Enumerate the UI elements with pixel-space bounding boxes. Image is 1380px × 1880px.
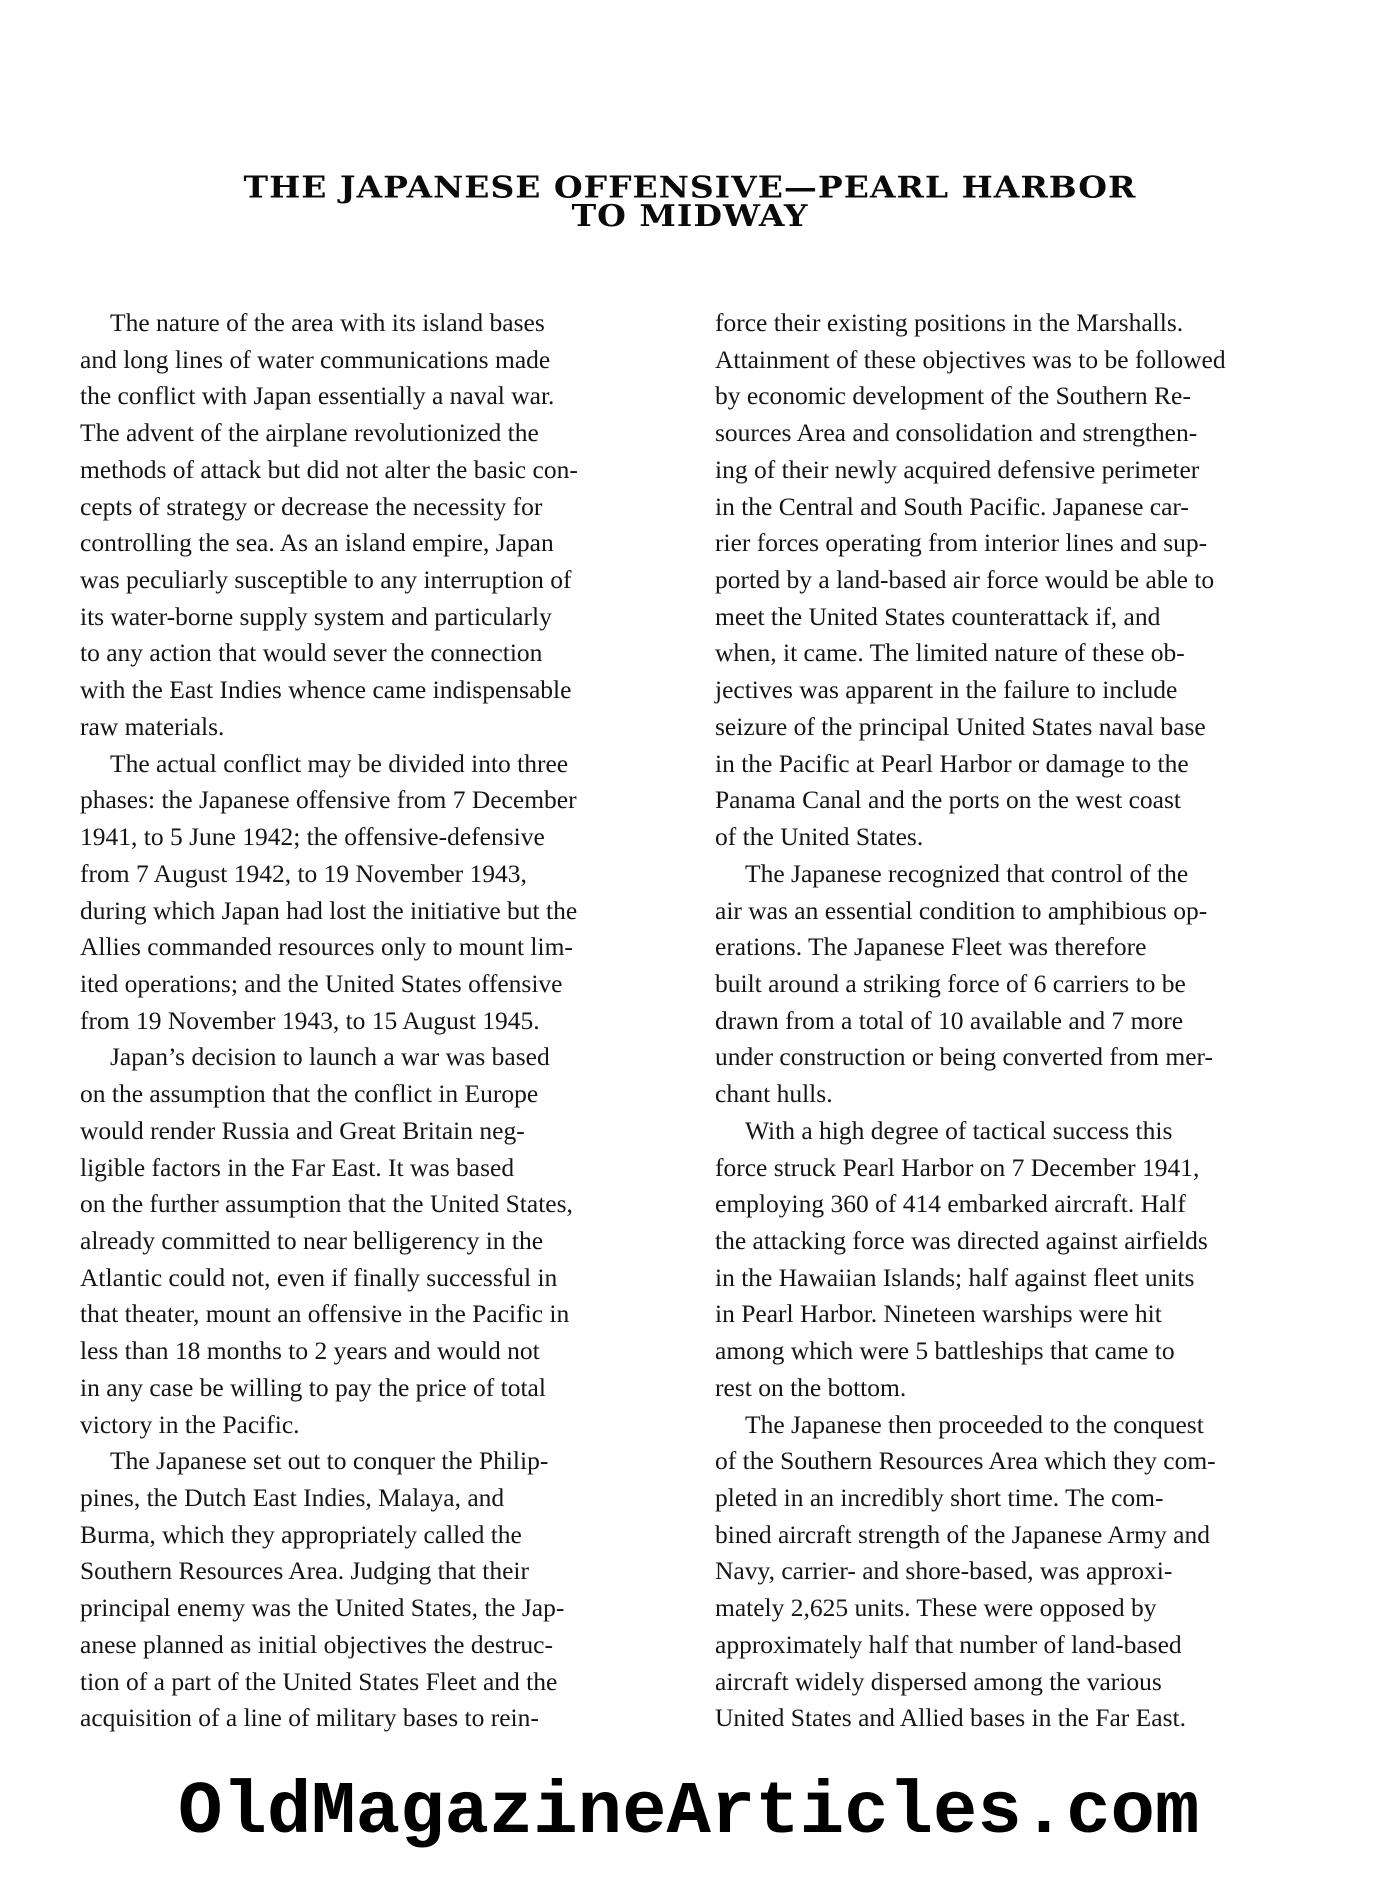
- text-line: erations. The Japanese Fleet was therefo…: [715, 929, 1307, 966]
- text-line: would render Russia and Great Britain ne…: [80, 1113, 672, 1150]
- text-line: Attainment of these objectives was to be…: [715, 342, 1307, 379]
- text-line: chant hulls.: [715, 1076, 1307, 1113]
- text-line: when, it came. The limited nature of the…: [715, 635, 1307, 672]
- text-line: pleted in an incredibly short time. The …: [715, 1480, 1307, 1517]
- text-line: drawn from a total of 10 available and 7…: [715, 1003, 1307, 1040]
- text-line: jectives was apparent in the failure to …: [715, 672, 1307, 709]
- text-line: aircraft widely dispersed among the vari…: [715, 1664, 1307, 1701]
- text-line: phases: the Japanese offensive from 7 De…: [80, 782, 672, 819]
- text-line: ing of their newly acquired defensive pe…: [715, 452, 1307, 489]
- text-line: The actual conflict may be divided into …: [80, 746, 672, 783]
- text-line: The Japanese set out to conquer the Phil…: [80, 1443, 672, 1480]
- text-line: that theater, mount an offensive in the …: [80, 1296, 672, 1333]
- text-line: rier forces operating from interior line…: [715, 525, 1307, 562]
- text-line: 1941, to 5 June 1942; the offensive-defe…: [80, 819, 672, 856]
- text-line: The Japanese recognized that control of …: [715, 856, 1307, 893]
- text-line: Burma, which they appropriately called t…: [80, 1517, 672, 1554]
- text-line: Navy, carrier- and shore-based, was appr…: [715, 1553, 1307, 1590]
- text-line: acquisition of a line of military bases …: [80, 1700, 672, 1737]
- text-line: raw materials.: [80, 709, 672, 746]
- text-line: its water-borne supply system and partic…: [80, 599, 672, 636]
- text-line: in any case be willing to pay the price …: [80, 1370, 672, 1407]
- text-line: and long lines of water communications m…: [80, 342, 672, 379]
- text-line: of the Southern Resources Area which the…: [715, 1443, 1307, 1480]
- text-line: principal enemy was the United States, t…: [80, 1590, 672, 1627]
- text-line: cepts of strategy or decrease the necess…: [80, 489, 672, 526]
- text-line: With a high degree of tactical success t…: [715, 1113, 1307, 1150]
- text-line: The advent of the airplane revolutionize…: [80, 415, 672, 452]
- text-line: sources Area and consolidation and stren…: [715, 415, 1307, 452]
- text-line: seizure of the principal United States n…: [715, 709, 1307, 746]
- text-line: Panama Canal and the ports on the west c…: [715, 782, 1307, 819]
- site-watermark: OldMagazineArticles.com: [178, 1768, 1218, 1858]
- text-line: under construction or being converted fr…: [715, 1039, 1307, 1076]
- text-line: controlling the sea. As an island empire…: [80, 525, 672, 562]
- text-line: during which Japan had lost the initiati…: [80, 893, 672, 930]
- left-text-column: The nature of the area with its island b…: [80, 305, 672, 1737]
- text-line: employing 360 of 414 embarked aircraft. …: [715, 1186, 1307, 1223]
- text-line: built around a striking force of 6 carri…: [715, 966, 1307, 1003]
- text-line: the attacking force was directed against…: [715, 1223, 1307, 1260]
- article-title-line-2: TO MIDWAY: [0, 201, 1380, 230]
- text-line: Atlantic could not, even if finally succ…: [80, 1260, 672, 1297]
- text-line: The Japanese then proceeded to the conqu…: [715, 1407, 1307, 1444]
- text-line: by economic development of the Southern …: [715, 378, 1307, 415]
- text-line: pines, the Dutch East Indies, Malaya, an…: [80, 1480, 672, 1517]
- text-line: to any action that would sever the conne…: [80, 635, 672, 672]
- text-line: ligible factors in the Far East. It was …: [80, 1150, 672, 1187]
- text-line: in the Central and South Pacific. Japane…: [715, 489, 1307, 526]
- text-line: in the Pacific at Pearl Harbor or damage…: [715, 746, 1307, 783]
- text-line: rest on the bottom.: [715, 1370, 1307, 1407]
- text-line: on the assumption that the conflict in E…: [80, 1076, 672, 1113]
- text-line: ited operations; and the United States o…: [80, 966, 672, 1003]
- article-title: THE JAPANESE OFFENSIVE—PEARL HARBOR TO M…: [0, 173, 1380, 230]
- text-line: Japan’s decision to launch a war was bas…: [80, 1039, 672, 1076]
- text-line: in Pearl Harbor. Nineteen warships were …: [715, 1296, 1307, 1333]
- text-line: approximately half that number of land-b…: [715, 1627, 1307, 1664]
- text-line: United States and Allied bases in the Fa…: [715, 1700, 1307, 1737]
- text-line: air was an essential condition to amphib…: [715, 893, 1307, 930]
- text-line: anese planned as initial objectives the …: [80, 1627, 672, 1664]
- text-line: in the Hawaiian Islands; half against fl…: [715, 1260, 1307, 1297]
- text-line: mately 2,625 units. These were opposed b…: [715, 1590, 1307, 1627]
- text-line: Southern Resources Area. Judging that th…: [80, 1553, 672, 1590]
- text-line: of the United States.: [715, 819, 1307, 856]
- text-line: bined aircraft strength of the Japanese …: [715, 1517, 1307, 1554]
- text-line: already committed to near belligerency i…: [80, 1223, 672, 1260]
- text-line: on the further assumption that the Unite…: [80, 1186, 672, 1223]
- text-line: with the East Indies whence came indispe…: [80, 672, 672, 709]
- text-line: the conflict with Japan essentially a na…: [80, 378, 672, 415]
- text-line: meet the United States counterattack if,…: [715, 599, 1307, 636]
- text-line: was peculiarly susceptible to any interr…: [80, 562, 672, 599]
- text-line: methods of attack but did not alter the …: [80, 452, 672, 489]
- text-line: less than 18 months to 2 years and would…: [80, 1333, 672, 1370]
- text-line: Allies commanded resources only to mount…: [80, 929, 672, 966]
- text-line: The nature of the area with its island b…: [80, 305, 672, 342]
- text-line: from 19 November 1943, to 15 August 1945…: [80, 1003, 672, 1040]
- text-line: from 7 August 1942, to 19 November 1943,: [80, 856, 672, 893]
- right-text-column: force their existing positions in the Ma…: [715, 305, 1307, 1737]
- text-line: ported by a land-based air force would b…: [715, 562, 1307, 599]
- text-line: among which were 5 battleships that came…: [715, 1333, 1307, 1370]
- text-line: force struck Pearl Harbor on 7 December …: [715, 1150, 1307, 1187]
- text-line: tion of a part of the United States Flee…: [80, 1664, 672, 1701]
- text-line: victory in the Pacific.: [80, 1407, 672, 1444]
- text-line: force their existing positions in the Ma…: [715, 305, 1307, 342]
